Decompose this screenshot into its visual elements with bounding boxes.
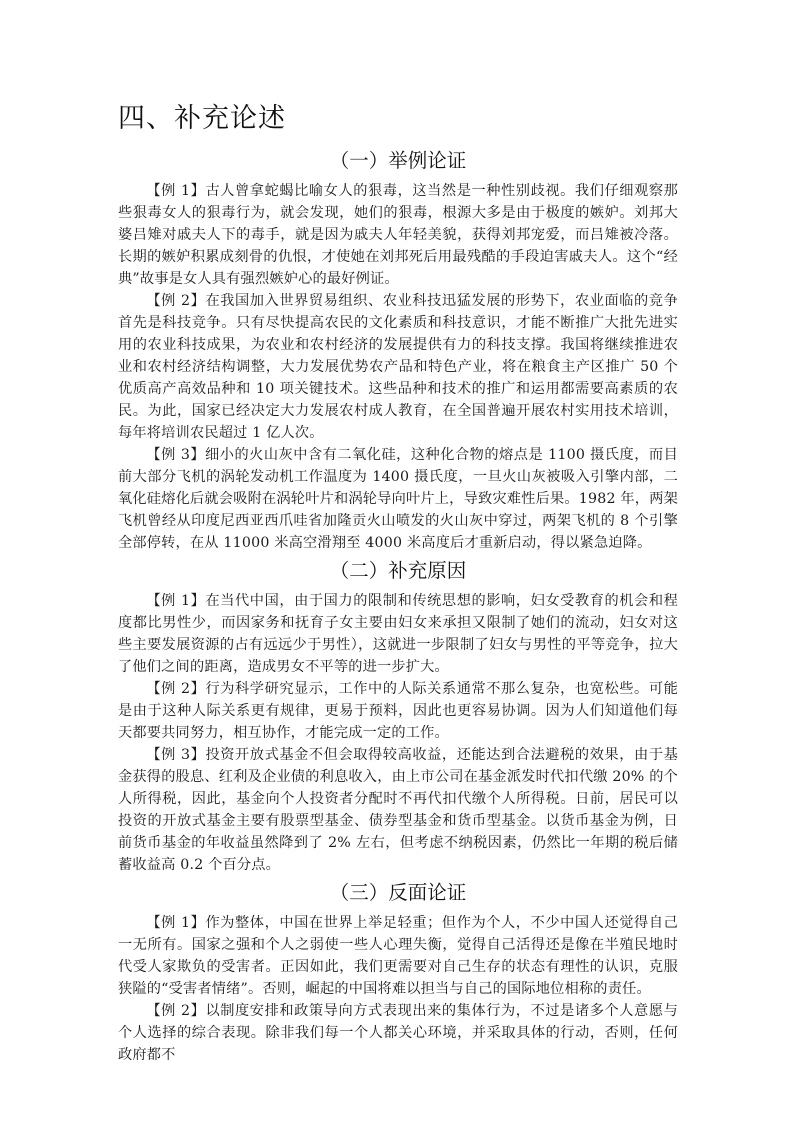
- paragraph: 【例 3】投资开放式基金不但会取得较高收益，还能达到合法避税的效果，由于基金获得…: [118, 744, 678, 876]
- section-supplementary-reasons: （二）补充原因 【例 1】在当代中国，由于国力的限制和传统思想的影响，妇女受教育…: [118, 556, 678, 876]
- section-example-argument: （一）举例论证 【例 1】古人曾拿蛇蝎比喻女人的狠毒，这当然是一种性别歧视。我们…: [118, 146, 678, 554]
- document-title: 四、补充论述: [118, 100, 678, 138]
- paragraph: 【例 3】细小的火山灰中含有二氧化硅，这种化合物的熔点是 1100 摄氏度，而目…: [118, 444, 678, 554]
- section-counter-argument: （三）反面论证 【例 1】作为整体，中国在世界上举足轻重；但作为个人，不少中国人…: [118, 878, 678, 1066]
- paragraph: 【例 2】行为科学研究显示，工作中的人际关系通常不那么复杂，也宽松些。可能是由于…: [118, 678, 678, 744]
- section-heading: （二）补充原因: [118, 556, 678, 586]
- document-page: 四、补充论述 （一）举例论证 【例 1】古人曾拿蛇蝎比喻女人的狠毒，这当然是一种…: [118, 100, 678, 1066]
- paragraph: 【例 1】在当代中国，由于国力的限制和传统思想的影响，妇女受教育的机会和程度都比…: [118, 590, 678, 678]
- paragraph: 【例 1】作为整体，中国在世界上举足轻重；但作为个人，不少中国人还觉得自己一无所…: [118, 912, 678, 1000]
- section-heading: （三）反面论证: [118, 878, 678, 908]
- section-heading: （一）举例论证: [118, 146, 678, 176]
- paragraph: 【例 2】在我国加入世界贸易组织、农业科技迅猛发展的形势下，农业面临的竞争首先是…: [118, 290, 678, 444]
- paragraph: 【例 2】以制度安排和政策导向方式表现出来的集体行为，不过是诸多个人意愿与个人选…: [118, 1000, 678, 1066]
- paragraph: 【例 1】古人曾拿蛇蝎比喻女人的狠毒，这当然是一种性别歧视。我们仔细观察那些狠毒…: [118, 180, 678, 290]
